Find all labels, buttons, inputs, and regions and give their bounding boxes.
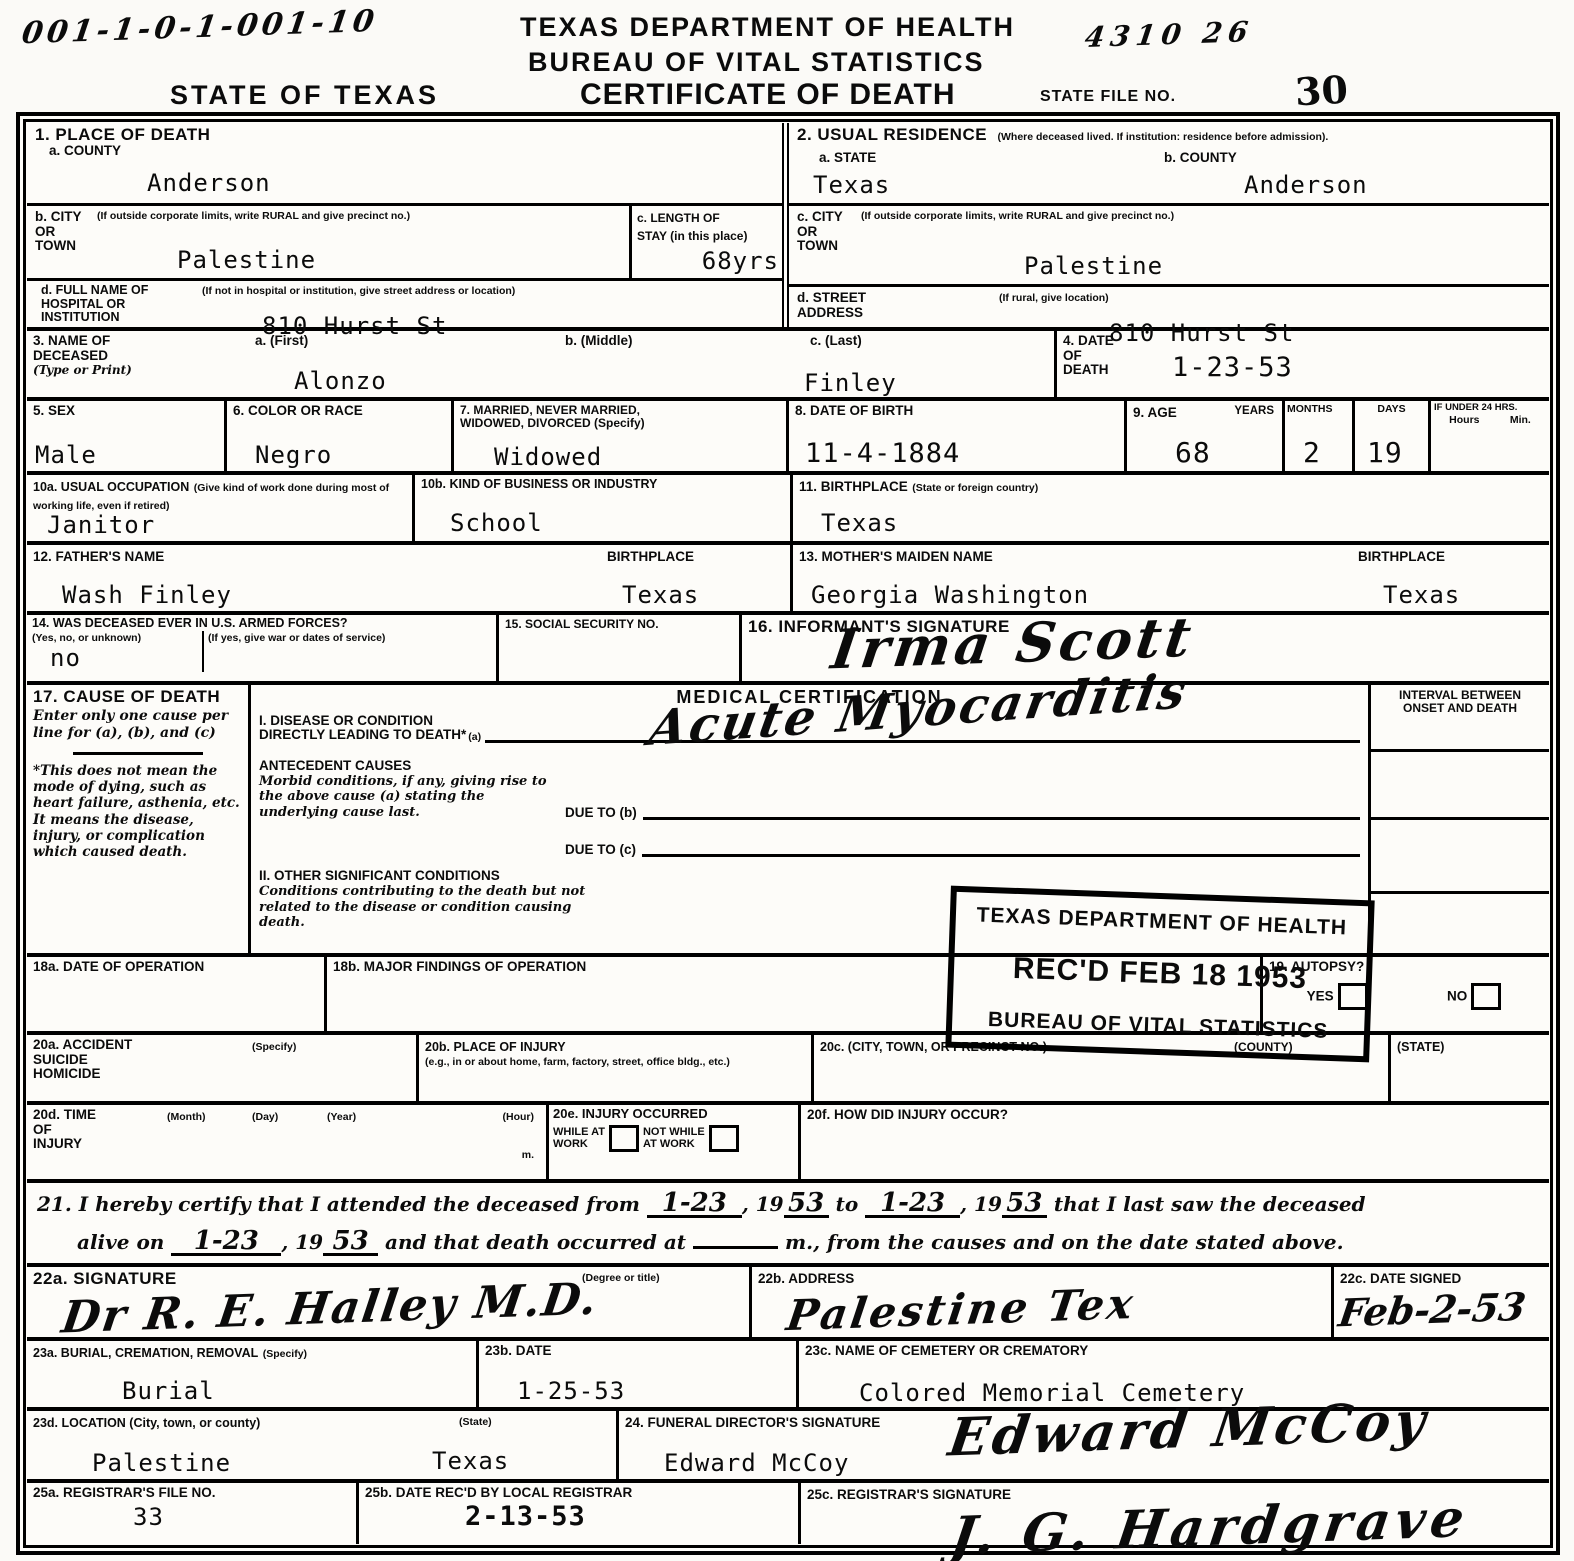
occupation-value: Janitor — [47, 511, 155, 539]
field-registrar-signature: 25c. REGISTRAR'S SIGNATURE J. G. Hardgra… — [801, 1483, 1549, 1544]
burial-location-state-note: (State) — [459, 1416, 492, 1428]
city-note: (If outside corporate limits, write RURA… — [97, 210, 517, 222]
field-time-of-injury: 20d. TIME OF INJURY (Month) (Day) (Year)… — [27, 1105, 549, 1179]
day-note: (Day) — [252, 1111, 278, 1123]
county-label: a. COUNTY — [49, 144, 774, 159]
certify-to-word: to — [836, 1192, 859, 1216]
autopsy-label: 19. AUTOPSY? — [1269, 960, 1543, 975]
usual-residence-note: (Where deceased lived. If institution: r… — [998, 131, 1329, 143]
row-funeral-director: 23d. LOCATION (City, town, or county) (S… — [27, 1411, 1549, 1483]
antecedent-note: Morbid conditions, if any, giving rise t… — [259, 774, 559, 821]
fathers-name-value: Wash Finley — [62, 581, 232, 609]
physician-address-handwritten: Palestine Tex — [784, 1279, 1139, 1340]
certify-p5: that I last saw the deceased — [1054, 1192, 1366, 1216]
field-sex: 5. SEX Male — [27, 401, 227, 471]
type-or-print-note: (Type or Print) — [33, 363, 243, 377]
row-occupation: 10a. USUAL OCCUPATION (Give kind of work… — [27, 475, 1549, 545]
signature-label: 22a. SIGNATURE — [33, 1269, 177, 1288]
certify-19a: , 19 — [742, 1192, 784, 1216]
major-findings-label: 18b. MAJOR FINDINGS OF OPERATION — [333, 960, 1254, 975]
residence-state-value: Texas — [813, 171, 890, 199]
funeral-director-typed: Edward McCoy — [664, 1449, 849, 1477]
field-physician-address: 22b. ADDRESS Palestine Tex — [749, 1267, 1334, 1337]
middle-name-label: b. (Middle) — [565, 334, 798, 349]
burial-date-value: 1-25-53 — [517, 1377, 625, 1405]
age-label: 9. AGE — [1133, 405, 1177, 420]
burial-location-city-value: Palestine — [92, 1449, 231, 1477]
other-significant-conditions-label: II. OTHER SIGNIFICANT CONDITIONS — [259, 869, 1360, 884]
certify-19b: , 19 — [960, 1192, 1002, 1216]
residence-city-value: Palestine — [1024, 252, 1163, 280]
residence-state-label: a. STATE — [819, 151, 876, 166]
field-burial-date: 23b. DATE 1-25-53 — [479, 1341, 799, 1407]
date-signed-handwritten: Feb-2-53 — [1336, 1284, 1529, 1336]
certify-from-year: 53 — [784, 1192, 829, 1218]
field-injury-state: (STATE) — [1391, 1035, 1549, 1101]
field-autopsy: 19. AUTOPSY? YES NO — [1263, 957, 1549, 1031]
length-of-stay-label: c. LENGTH OF STAY (in this place) — [637, 211, 747, 243]
due-to-b-label: DUE TO (b) — [565, 806, 637, 821]
while-at-work-checkbox — [609, 1125, 639, 1152]
burial-date-label: 23b. DATE — [485, 1344, 790, 1359]
accident-label: 20a. ACCIDENT SUICIDE HOMICIDE — [33, 1038, 132, 1082]
field-fathers-name: 12. FATHER'S NAME BIRTHPLACE Wash Finley… — [27, 545, 793, 611]
certificate-form: 1. PLACE OF DEATH a. COUNTY Anderson b. … — [16, 112, 1560, 1555]
age-years-value: 68 — [1175, 436, 1211, 469]
street-address-label: d. STREET ADDRESS — [797, 291, 866, 320]
armed-forces-note1: (Yes, no, or unknown) — [32, 632, 202, 644]
fathers-birthplace-label: BIRTHPLACE — [607, 550, 694, 565]
burial-specify-note: (Specify) — [263, 1348, 307, 1360]
business-value: School — [450, 509, 543, 537]
field-ssn: 15. SOCIAL SECURITY NO. — [499, 615, 742, 681]
row-certify-statement: 21. I hereby certify that I attended the… — [27, 1183, 1549, 1267]
disease-a-tag: (a) — [468, 731, 481, 743]
m-note: m. — [522, 1149, 534, 1161]
city-label: b. CITY OR TOWN — [35, 210, 82, 254]
bureau-name: BUREAU OF VITAL STATISTICS — [528, 47, 985, 78]
not-while-at-work-label: NOT WHILE AT WORK — [643, 1127, 705, 1151]
city-value: Palestine — [177, 246, 316, 274]
armed-forces-note2: (If yes, give war or dates of service) — [208, 632, 487, 644]
field-last-name: c. (Last) Finley — [804, 331, 1054, 397]
time-of-injury-label: 20d. TIME OF INJURY — [33, 1108, 96, 1152]
state-of-texas: STATE OF TEXAS — [170, 80, 439, 111]
field-usual-occupation: 10a. USUAL OCCUPATION (Give kind of work… — [27, 475, 415, 541]
certify-hour-blank — [693, 1246, 778, 1249]
field-registrar-file-no: 25a. REGISTRAR'S FILE NO. 33 — [27, 1483, 359, 1544]
date-of-birth-value: 11-4-1884 — [805, 438, 960, 469]
residence-county-value: Anderson — [1244, 171, 1368, 199]
while-at-work-label: WHILE AT WORK — [553, 1127, 605, 1151]
other-significant-note: Conditions contributing to the death but… — [259, 884, 599, 931]
injury-occurred-label: 20e. INJURY OCCURRED — [553, 1107, 794, 1121]
field-injury-city: 20c. (CITY, TOWN, OR PRECINCT NO.) (COUN… — [814, 1035, 1391, 1101]
field-middle-name: b. (Middle) — [559, 331, 804, 397]
field-first-name: a. (First) Alonzo — [249, 331, 559, 397]
row-medical-certification: 17. CAUSE OF DEATH Enter only one cause … — [27, 685, 1549, 957]
certify-p8: and that death occurred at — [385, 1230, 686, 1254]
place-of-injury-note: (e.g., in or about home, farm, factory, … — [425, 1056, 755, 1068]
mothers-name-value: Georgia Washington — [811, 581, 1089, 609]
burial-value: Burial — [122, 1377, 215, 1405]
field-usual-residence: 2. USUAL RESIDENCE (Where deceased lived… — [789, 123, 1549, 327]
row-parents: 12. FATHER'S NAME BIRTHPLACE Wash Finley… — [27, 545, 1549, 615]
color-race-label: 6. COLOR OR RACE — [233, 404, 445, 419]
hours-label: Hours — [1449, 415, 1479, 426]
field-major-findings: 18b. MAJOR FINDINGS OF OPERATION — [327, 957, 1263, 1031]
date-recd-value: 2-13-53 — [465, 1501, 792, 1532]
field-physician-signature: 22a. SIGNATURE (Degree or title) Dr R. E… — [27, 1267, 749, 1337]
injury-county-label: (COUNTY) — [1234, 1041, 1293, 1055]
mothers-birthplace-value: Texas — [1383, 581, 1460, 609]
residence-city-label: c. CITY OR TOWN — [797, 210, 843, 254]
certify-to-year: 53 — [1002, 1192, 1047, 1218]
certify-p1: 21. I hereby certify that I attended the… — [37, 1192, 640, 1216]
interval-label: INTERVAL BETWEEN ONSET AND DEATH — [1376, 689, 1544, 715]
cause-of-death-label: 17. CAUSE OF DEATH — [33, 688, 242, 706]
street-address-note: (If rural, give location) — [999, 292, 1109, 304]
place-of-death-title: 1. PLACE OF DEATH — [35, 126, 774, 144]
hour-note: (Hour) — [503, 1111, 535, 1123]
armed-forces-label: 14. WAS DECEASED EVER IN U.S. ARMED FORC… — [32, 617, 491, 631]
age-months-label: MONTHS — [1287, 404, 1350, 415]
date-of-death-label: 4. DATE OF DEATH — [1063, 334, 1114, 378]
certify-19c: , 19 — [281, 1230, 323, 1254]
field-place-of-injury: 20b. PLACE OF INJURY (e.g., in or about … — [419, 1035, 814, 1101]
certify-alive-on: alive on — [77, 1230, 164, 1254]
certify-to-date: 1-23 — [865, 1192, 960, 1218]
field-name-label: 3. NAME OF DECEASED (Type or Print) — [27, 331, 249, 397]
place-of-injury-label: 20b. PLACE OF INJURY — [425, 1040, 566, 1054]
field-cemetery-name: 23c. NAME OF CEMETERY OR CREMATORY Color… — [799, 1341, 1549, 1407]
row-place-residence: 1. PLACE OF DEATH a. COUNTY Anderson b. … — [27, 123, 1549, 331]
row-accident: 20a. ACCIDENT SUICIDE HOMICIDE (Specify)… — [27, 1035, 1549, 1105]
armed-forces-value: no — [50, 644, 81, 672]
burial-label: 23a. BURIAL, CREMATION, REMOVAL — [33, 1346, 258, 1360]
field-kind-of-business: 10b. KIND OF BUSINESS OR INDUSTRY School — [415, 475, 793, 541]
row-operation: 18a. DATE OF OPERATION 18b. MAJOR FINDIN… — [27, 957, 1549, 1035]
field-armed-forces: 14. WAS DECEASED EVER IN U.S. ARMED FORC… — [27, 615, 499, 681]
field-injury-occurred: 20e. INJURY OCCURRED WHILE AT WORK NOT W… — [549, 1105, 801, 1179]
field-date-recd: 25b. DATE REC'D BY LOCAL REGISTRAR 2-13-… — [359, 1483, 801, 1544]
certify-p9: m., from the causes and on the date stat… — [785, 1230, 1344, 1254]
mothers-birthplace-label: BIRTHPLACE — [1358, 550, 1445, 565]
registrar-signature-handwritten: J. G. Hardgrave — [947, 1488, 1473, 1561]
residence-county-label: b. COUNTY — [1164, 151, 1237, 166]
cemetery-label: 23c. NAME OF CEMETERY OR CREMATORY — [805, 1344, 1543, 1359]
field-mothers-name: 13. MOTHER'S MAIDEN NAME BIRTHPLACE Geor… — [793, 545, 1549, 611]
address-label: 22b. ADDRESS — [758, 1271, 854, 1286]
year-note: (Year) — [327, 1111, 356, 1123]
certify-paragraph: 21. I hereby certify that I attended the… — [37, 1185, 1539, 1261]
birthplace-value: Texas — [821, 509, 898, 537]
institution-label: d. FULL NAME OF HOSPITAL OR INSTITUTION — [41, 284, 148, 325]
not-while-at-work-checkbox — [709, 1125, 739, 1152]
how-injury-occurred-label: 20f. HOW DID INJURY OCCUR? — [807, 1108, 1543, 1123]
row-informant: 14. WAS DECEASED EVER IN U.S. ARMED FORC… — [27, 615, 1549, 685]
date-of-operation-label: 18a. DATE OF OPERATION — [33, 960, 318, 975]
certify-from-date: 1-23 — [647, 1192, 742, 1218]
birthplace-note: (State or foreign country) — [912, 482, 1038, 494]
field-burial-location: 23d. LOCATION (City, town, or county) (S… — [27, 1411, 619, 1479]
occupation-label: 10a. USUAL OCCUPATION — [33, 480, 189, 494]
field-date-of-birth: 8. DATE OF BIRTH 11-4-1884 — [789, 401, 1127, 471]
field-marital-status: 7. MARRIED, NEVER MARRIED, WIDOWED, DIVO… — [454, 401, 789, 471]
field-date-of-death: 4. DATE OF DEATH 1-23-53 — [1054, 331, 1549, 397]
field-age-years: 9. AGE YEARS 68 — [1127, 401, 1285, 471]
certify-alive-date: 1-23 — [171, 1230, 281, 1256]
handwritten-number: 4310 26 — [1083, 15, 1256, 54]
death-certificate-scan: 001-1-0-1-001-10 TEXAS DEPARTMENT OF HEA… — [0, 0, 1574, 1561]
date-of-birth-label: 8. DATE OF BIRTH — [795, 404, 1118, 419]
due-to-c-label: DUE TO (c) — [565, 843, 636, 858]
birthplace-label: 11. BIRTHPLACE — [799, 479, 908, 494]
injury-state-label: (STATE) — [1397, 1040, 1444, 1054]
registrar-signature-label: 25c. REGISTRAR'S SIGNATURE — [807, 1487, 1011, 1502]
injury-city-label: 20c. (CITY, TOWN, OR PRECINCT NO.) — [820, 1040, 1047, 1054]
field-age-months: MONTHS 2 — [1285, 401, 1355, 471]
accident-specify-note: (Specify) — [252, 1041, 296, 1053]
age-years-label: YEARS — [1234, 405, 1274, 417]
row-registrar: 25a. REGISTRAR'S FILE NO. 33 25b. DATE R… — [27, 1483, 1549, 1544]
row-demographics: 5. SEX Male 6. COLOR OR RACE Negro 7. MA… — [27, 401, 1549, 475]
minutes-label: Min. — [1510, 415, 1531, 426]
certificate-title: CERTIFICATE OF DEATH — [580, 78, 956, 112]
length-of-stay-value: 68yrs — [702, 247, 779, 275]
first-name-value: Alonzo — [294, 367, 387, 395]
certify-alive-year: 53 — [323, 1230, 378, 1256]
field-date-signed: 22c. DATE SIGNED Feb-2-53 — [1334, 1267, 1549, 1337]
field-under-24hrs: IF UNDER 24 HRS. Hours Min. — [1431, 401, 1549, 471]
row-physician-signature: 22a. SIGNATURE (Degree or title) Dr R. E… — [27, 1267, 1549, 1341]
autopsy-yes-label: YES — [1307, 988, 1334, 1003]
funeral-director-label: 24. FUNERAL DIRECTOR'S SIGNATURE — [625, 1415, 880, 1430]
field-funeral-director: 24. FUNERAL DIRECTOR'S SIGNATURE Edward … — [619, 1411, 1549, 1479]
age-days-value: 19 — [1367, 436, 1403, 469]
registrar-file-no-label: 25a. REGISTRAR'S FILE NO. — [33, 1486, 350, 1501]
sex-value: Male — [35, 441, 97, 469]
first-name-label: a. (First) — [255, 334, 553, 349]
mothers-name-label: 13. MOTHER'S MAIDEN NAME — [799, 549, 993, 564]
county-value: Anderson — [147, 169, 271, 197]
field-how-injury-occurred: 20f. HOW DID INJURY OCCUR? — [801, 1105, 1549, 1179]
field-medical-certification: MEDICAL CERTIFICATION I. DISEASE OR COND… — [251, 685, 1371, 953]
marital-value: Widowed — [494, 443, 602, 471]
color-race-value: Negro — [255, 441, 332, 469]
under-24hrs-label: IF UNDER 24 HRS. — [1434, 403, 1546, 413]
row-name: 3. NAME OF DECEASED (Type or Print) a. (… — [27, 331, 1549, 401]
state-file-no-label: STATE FILE NO. — [1040, 88, 1176, 106]
field-burial-type: 23a. BURIAL, CREMATION, REMOVAL (Specify… — [27, 1341, 479, 1407]
ssn-label: 15. SOCIAL SECURITY NO. — [505, 618, 733, 631]
field-date-of-operation: 18a. DATE OF OPERATION — [27, 957, 327, 1031]
last-name-label: c. (Last) — [810, 334, 1048, 349]
handwritten-file-code: 001-1-0-1-001-10 — [20, 4, 381, 52]
registrar-file-no-value: 33 — [133, 1503, 350, 1531]
field-interval-column: INTERVAL BETWEEN ONSET AND DEATH — [1371, 685, 1549, 953]
autopsy-no-label: NO — [1447, 988, 1467, 1003]
burial-location-state-value: Texas — [432, 1447, 509, 1475]
institution-note: (If not in hospital or institution, give… — [202, 285, 742, 297]
age-days-label: DAYS — [1357, 404, 1426, 415]
disease-label: I. DISEASE OR CONDITION DIRECTLY LEADING… — [259, 714, 466, 743]
cause-note1: Enter only one cause per line for (a), (… — [33, 708, 242, 742]
marital-label: 7. MARRIED, NEVER MARRIED, WIDOWED, DIVO… — [460, 404, 780, 430]
field-accident-suicide-homicide: 20a. ACCIDENT SUICIDE HOMICIDE (Specify) — [27, 1035, 419, 1101]
field-color-race: 6. COLOR OR RACE Negro — [227, 401, 454, 471]
age-months-value: 2 — [1303, 436, 1321, 469]
field-age-days: DAYS 19 — [1355, 401, 1431, 471]
last-name-value: Finley — [804, 369, 897, 397]
autopsy-yes-checkbox — [1338, 983, 1368, 1010]
row-time-of-injury: 20d. TIME OF INJURY (Month) (Day) (Year)… — [27, 1105, 1549, 1183]
date-of-death-value: 1-23-53 — [1172, 352, 1293, 383]
antecedent-causes-label: ANTECEDENT CAUSES — [259, 759, 1360, 774]
name-of-deceased-label: 3. NAME OF DECEASED — [33, 334, 243, 363]
residence-city-note: (If outside corporate limits, write RURA… — [861, 210, 1381, 222]
fathers-birthplace-value: Texas — [622, 581, 699, 609]
state-file-no-value: 30 — [1294, 67, 1349, 115]
fathers-name-label: 12. FATHER'S NAME — [33, 549, 164, 564]
business-label: 10b. KIND OF BUSINESS OR INDUSTRY — [421, 478, 784, 492]
burial-location-label: 23d. LOCATION (City, town, or county) — [33, 1416, 260, 1430]
autopsy-no-checkbox — [1471, 983, 1501, 1010]
field-place-of-death: 1. PLACE OF DEATH a. COUNTY Anderson b. … — [27, 123, 789, 327]
sex-label: 5. SEX — [33, 404, 218, 419]
usual-residence-title: 2. USUAL RESIDENCE — [797, 125, 987, 144]
cause-note2: *This does not mean the mode of dying, s… — [33, 763, 242, 860]
agency-name: TEXAS DEPARTMENT OF HEALTH — [520, 12, 1015, 43]
month-note: (Month) — [167, 1111, 205, 1123]
field-birthplace: 11. BIRTHPLACE (State or foreign country… — [793, 475, 1549, 541]
date-recd-label: 25b. DATE REC'D BY LOCAL REGISTRAR — [365, 1486, 792, 1501]
document-header: 001-1-0-1-001-10 TEXAS DEPARTMENT OF HEA… — [0, 0, 1574, 112]
date-signed-label: 22c. DATE SIGNED — [1340, 1271, 1461, 1286]
field-cause-of-death-sidebar: 17. CAUSE OF DEATH Enter only one cause … — [27, 685, 251, 953]
